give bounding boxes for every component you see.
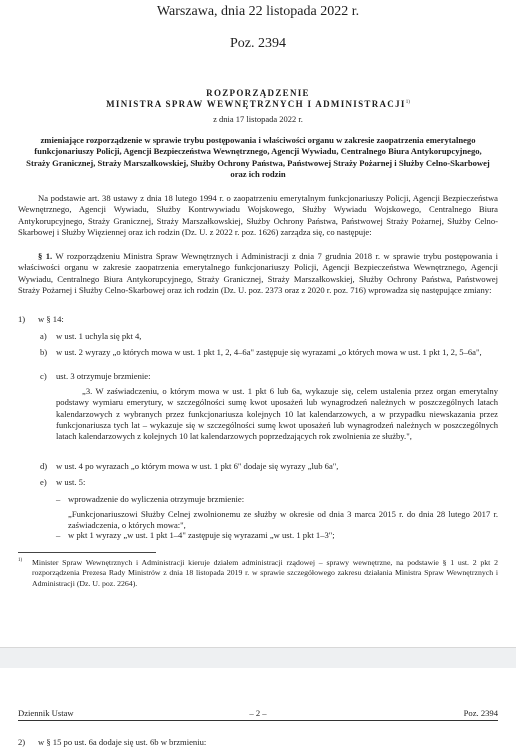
footnote-ref[interactable]: 1) bbox=[406, 100, 410, 105]
issuer-text: MINISTRA SPRAW WEWNĘTRZNYCH I ADMINISTRA… bbox=[106, 99, 406, 109]
item-text: w ust. 2 wyrazy „o których mowa w ust. 1… bbox=[56, 347, 498, 358]
dash-text: w pkt 1 wyrazy „w ust. 1 pkt 1–4" zastęp… bbox=[68, 530, 498, 541]
footnote-text: Minister Spraw Wewnętrznych i Administra… bbox=[32, 558, 498, 589]
page-number: – 2 – bbox=[18, 708, 498, 718]
footnote-mark: 1) bbox=[18, 556, 22, 566]
act-date: z dnia 17 listopada 2022 r. bbox=[0, 114, 516, 124]
quoted-provision-ust-5: „Funkcjonariuszowi Służby Celnej zwolnio… bbox=[68, 509, 498, 532]
item-text: w § 14: bbox=[38, 314, 64, 325]
dash-mark: – bbox=[56, 530, 60, 541]
item-text: w ust. 5: bbox=[56, 477, 498, 488]
header-position: Poz. 2394 bbox=[464, 708, 498, 718]
footnote-separator bbox=[18, 552, 156, 553]
item-letter: c) bbox=[40, 371, 47, 382]
page-separator bbox=[0, 647, 516, 669]
document-page-1: Warszawa, dnia 22 listopada 2022 r. Poz.… bbox=[0, 0, 516, 648]
dash-item-2: – w pkt 1 wyrazy „w ust. 1 pkt 1–4" zast… bbox=[56, 530, 498, 541]
item-letter: a) bbox=[40, 331, 47, 342]
section-1: § 1. W rozporządzeniu Ministra Spraw Wew… bbox=[18, 251, 498, 296]
list-item-c: c) ust. 3 otrzymuje brzmienie: bbox=[40, 371, 498, 382]
item-text: ust. 3 otrzymuje brzmienie: bbox=[56, 371, 498, 382]
act-type: ROZPORZĄDZENIE bbox=[0, 88, 516, 98]
item-text: w § 15 po ust. 6a dodaje się ust. 6b w b… bbox=[38, 737, 206, 747]
act-subject: zmieniające rozporządzenie w sprawie try… bbox=[22, 135, 494, 180]
section-1-label: § 1. bbox=[38, 251, 52, 261]
dash-text: wprowadzenie do wyliczenia otrzymuje brz… bbox=[68, 494, 498, 505]
running-header: Dziennik Ustaw – 2 – Poz. 2394 bbox=[18, 708, 498, 721]
list-item-b: b) w ust. 2 wyrazy „o których mowa w ust… bbox=[40, 347, 498, 358]
position-number: Poz. 2394 bbox=[0, 36, 516, 52]
legal-basis: Na podstawie art. 38 ustawy z dnia 18 lu… bbox=[18, 193, 498, 238]
quoted-provision-ust-3: „3. W zaświadczeniu, o którym mowa w ust… bbox=[56, 386, 498, 442]
dash-item-1: – wprowadzenie do wyliczenia otrzymuje b… bbox=[56, 494, 498, 505]
issuer: MINISTRA SPRAW WEWNĘTRZNYCH I ADMINISTRA… bbox=[0, 99, 516, 109]
item-letter: d) bbox=[40, 461, 47, 472]
item-text: w ust. 4 po wyrazach „o którym mowa w us… bbox=[56, 461, 498, 472]
list-item-a: a) w ust. 1 uchyla się pkt 4, bbox=[40, 331, 498, 342]
item-letter: e) bbox=[40, 477, 47, 488]
item-number: 1) bbox=[18, 314, 25, 325]
list-item-e: e) w ust. 5: bbox=[40, 477, 498, 488]
item-number: 2) bbox=[18, 737, 25, 747]
dash-mark: – bbox=[56, 494, 60, 505]
item-letter: b) bbox=[40, 347, 47, 358]
item-text: w ust. 1 uchyla się pkt 4, bbox=[56, 331, 498, 342]
document-page-2: Dziennik Ustaw – 2 – Poz. 2394 2) w § 15… bbox=[0, 668, 516, 750]
section-1-text: W rozporządzeniu Ministra Spraw Wewnętrz… bbox=[18, 251, 498, 295]
footnote: 1) Minister Spraw Wewnętrznych i Adminis… bbox=[18, 558, 498, 589]
list-item-d: d) w ust. 4 po wyrazach „o którym mowa w… bbox=[40, 461, 498, 472]
place-date: Warszawa, dnia 22 listopada 2022 r. bbox=[0, 4, 516, 20]
